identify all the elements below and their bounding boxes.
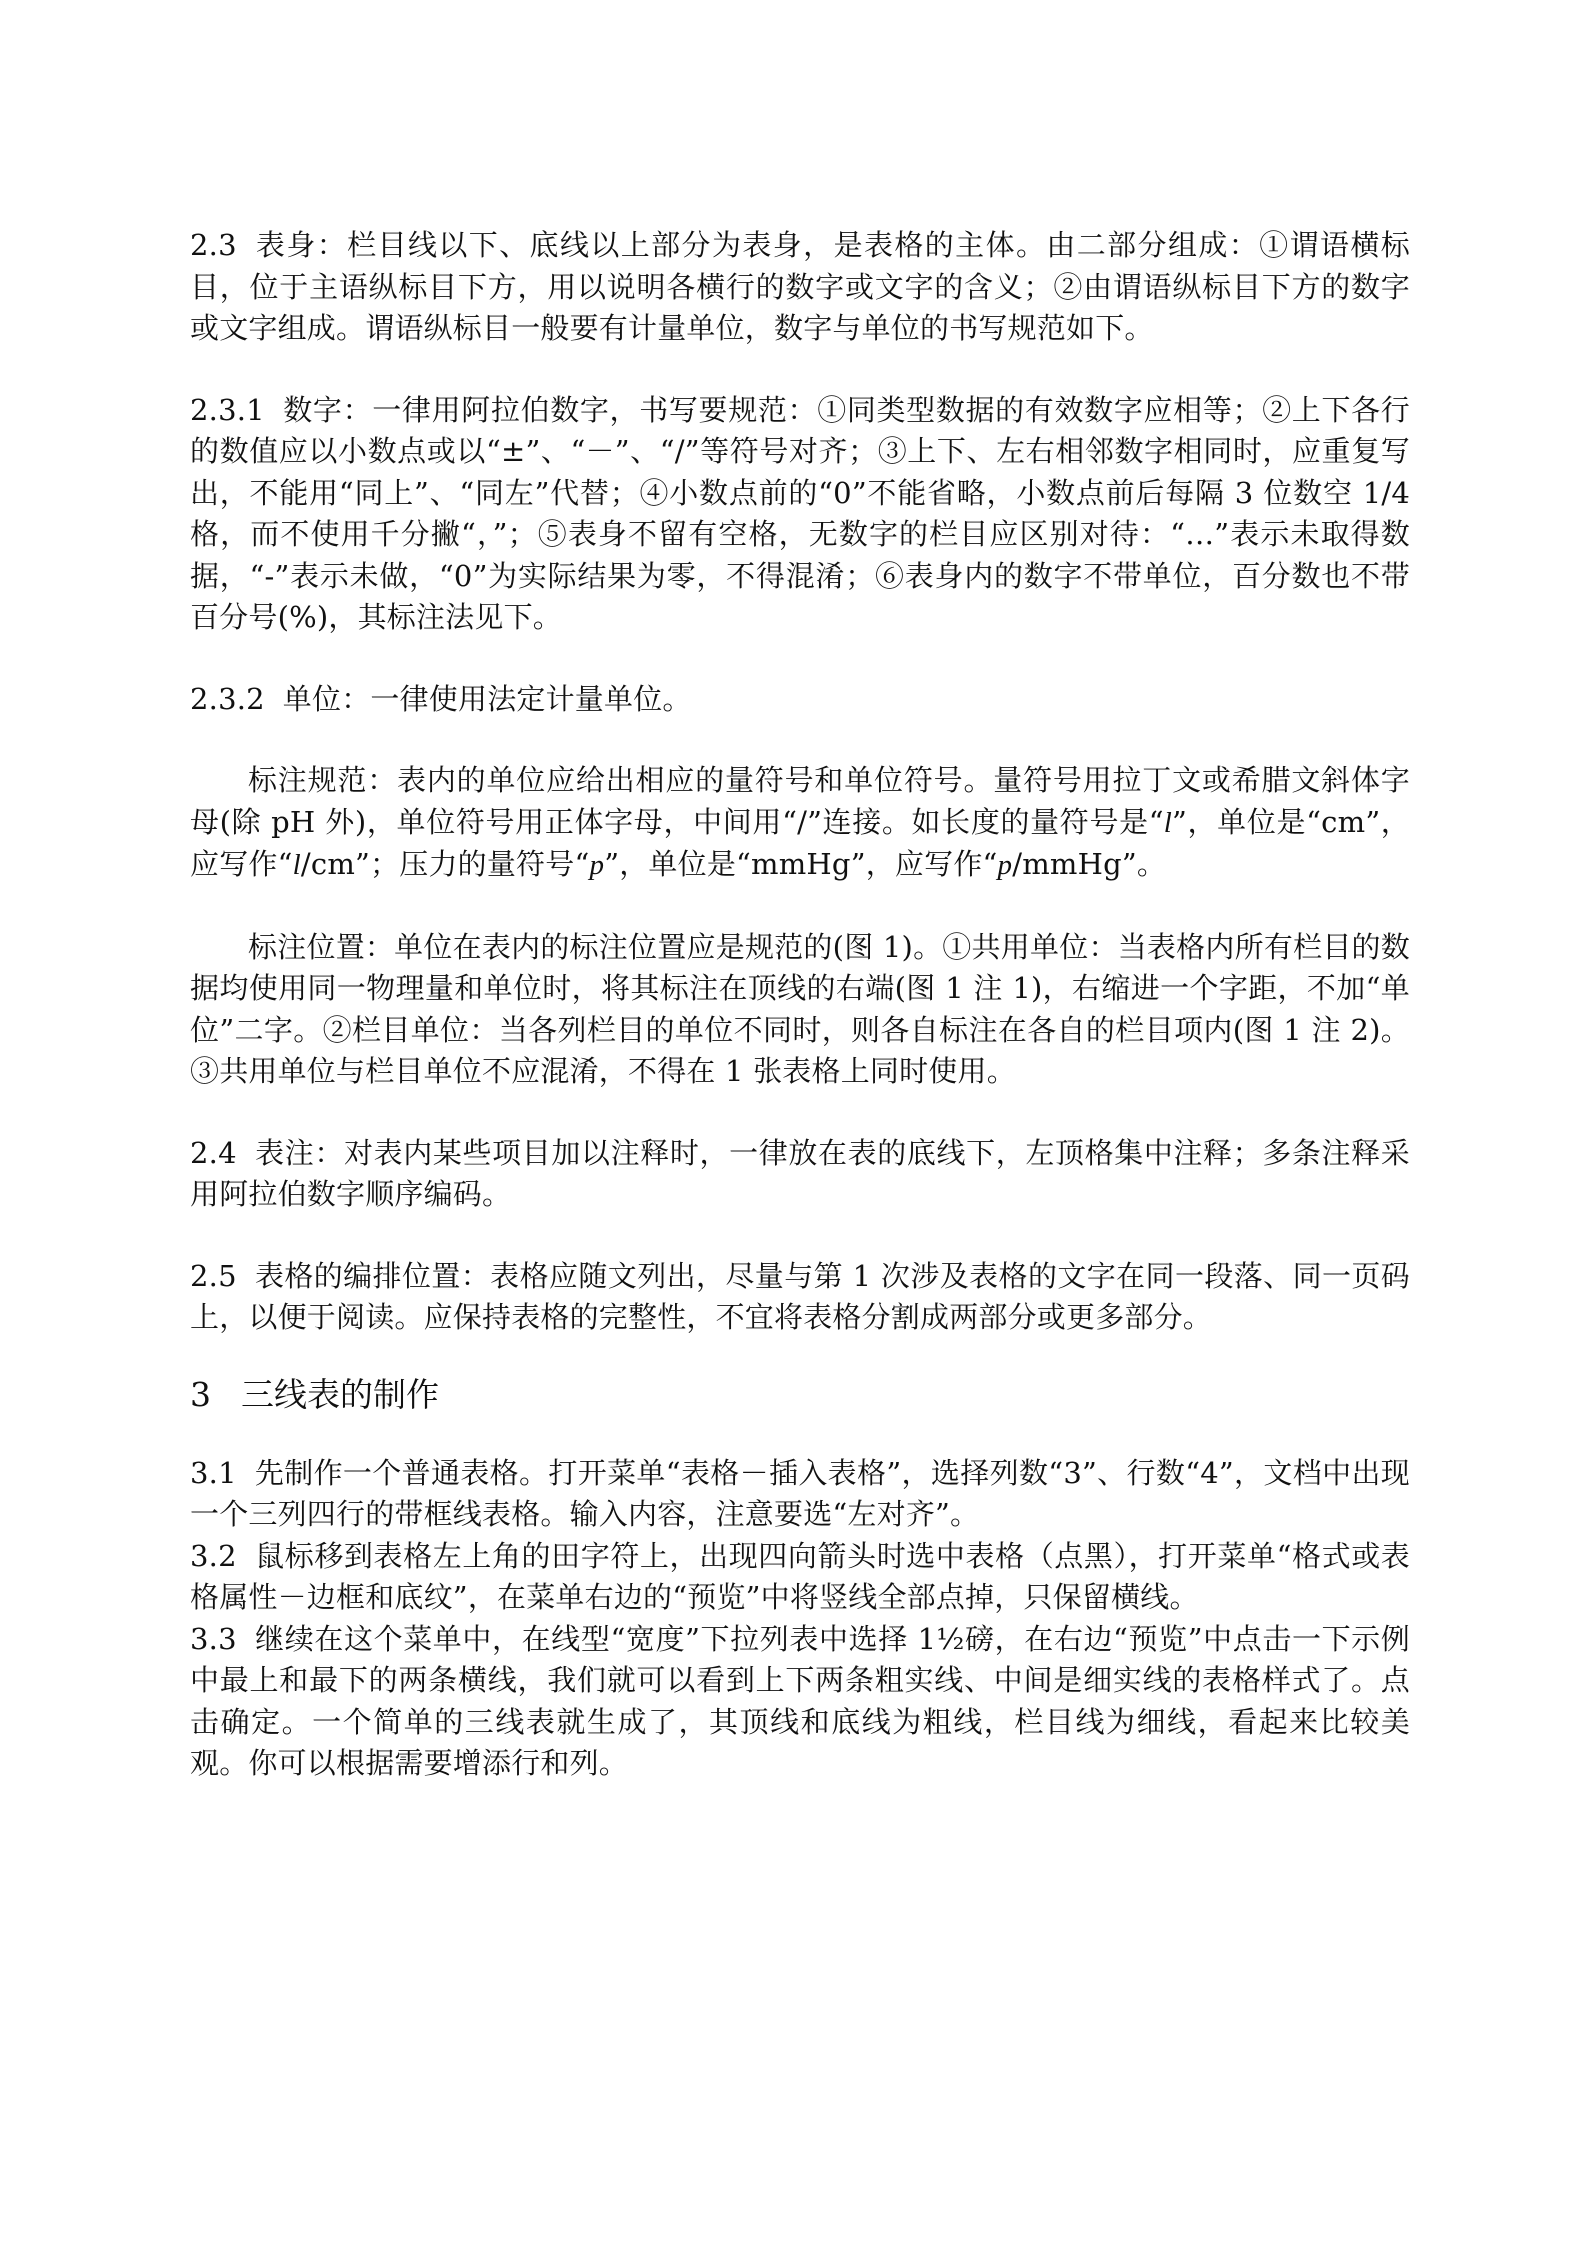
section-number: 2.3 — [190, 228, 237, 262]
section-number: 2.3.1 — [190, 393, 265, 427]
section-2-3: 2.3表身：栏目线以下、底线以上部分为表身，是表格的主体。由二部分组成：①谓语横… — [190, 225, 1410, 350]
section-2-4: 2.4表注：对表内某些项目加以注释时，一律放在表的底线下，左顶格集中注释；多条注… — [190, 1133, 1410, 1216]
paragraph-label-norm: 标注规范：表内的单位应给出相应的量符号和单位符号。量符号用拉丁文或希腊文斜体字母… — [190, 760, 1410, 887]
text-run: /cm”；压力的量符号“ — [301, 847, 590, 881]
step-text: 继续在这个菜单中，在线型“宽度”下拉列表中选择 1½磅，在右边“预览”中点击一下… — [190, 1622, 1410, 1781]
quantity-symbol-l: l — [1164, 807, 1172, 839]
section-number: 2.4 — [190, 1136, 237, 1170]
step-3-2: 3.2鼠标移到表格左上角的田字符上，出现四向箭头时选中表格（点黑），打开菜单“格… — [190, 1536, 1410, 1619]
heading-number: 3 — [190, 1375, 211, 1414]
text-run: /mmHg”。 — [1012, 847, 1166, 881]
quantity-symbol-l: l — [293, 849, 301, 881]
section-text: 表格的编排位置：表格应随文列出，尽量与第 1 次涉及表格的文字在同一段落、同一页… — [190, 1259, 1410, 1335]
section-text: 表注：对表内某些项目加以注释时，一律放在表的底线下，左顶格集中注释；多条注释采用… — [190, 1136, 1410, 1212]
section-2-5: 2.5表格的编排位置：表格应随文列出，尽量与第 1 次涉及表格的文字在同一段落、… — [190, 1256, 1410, 1339]
quantity-symbol-p: p — [589, 849, 604, 881]
section-number: 2.3.2 — [190, 682, 265, 716]
section-text: 表身：栏目线以下、底线以上部分为表身，是表格的主体。由二部分组成：①谓语横标目，… — [190, 228, 1410, 345]
step-text: 先制作一个普通表格。打开菜单“表格－插入表格”，选择列数“3”、行数“4”，文档… — [190, 1456, 1410, 1532]
step-number: 3.1 — [190, 1456, 237, 1490]
text-run: ”，单位是“mmHg”，应写作“ — [604, 847, 997, 881]
step-number: 3.3 — [190, 1622, 237, 1656]
document-page: 2.3表身：栏目线以下、底线以上部分为表身，是表格的主体。由二部分组成：①谓语横… — [190, 225, 1410, 1785]
section-number: 2.5 — [190, 1259, 237, 1293]
quantity-symbol-p: p — [998, 849, 1013, 881]
section-text: 数字：一律用阿拉伯数字，书写要规范：①同类型数据的有效数字应相等；②上下各行的数… — [190, 393, 1410, 635]
section-2-3-2: 2.3.2单位：一律使用法定计量单位。 — [190, 679, 1410, 721]
section-text: 单位：一律使用法定计量单位。 — [283, 682, 692, 716]
section-2-3-1: 2.3.1数字：一律用阿拉伯数字，书写要规范：①同类型数据的有效数字应相等；②上… — [190, 390, 1410, 639]
section-text: 标注位置：单位在表内的标注位置应是规范的(图 1)。①共用单位：当表格内所有栏目… — [190, 930, 1410, 1089]
heading-section-3: 3三线表的制作 — [190, 1373, 1410, 1417]
step-number: 3.2 — [190, 1539, 237, 1573]
heading-title: 三线表的制作 — [241, 1375, 439, 1414]
step-text: 鼠标移到表格左上角的田字符上，出现四向箭头时选中表格（点黑），打开菜单“格式或表… — [190, 1539, 1410, 1615]
step-3-3: 3.3继续在这个菜单中，在线型“宽度”下拉列表中选择 1½磅，在右边“预览”中点… — [190, 1619, 1410, 1785]
paragraph-label-position: 标注位置：单位在表内的标注位置应是规范的(图 1)。①共用单位：当表格内所有栏目… — [190, 927, 1410, 1093]
step-3-1: 3.1先制作一个普通表格。打开菜单“表格－插入表格”，选择列数“3”、行数“4”… — [190, 1453, 1410, 1536]
